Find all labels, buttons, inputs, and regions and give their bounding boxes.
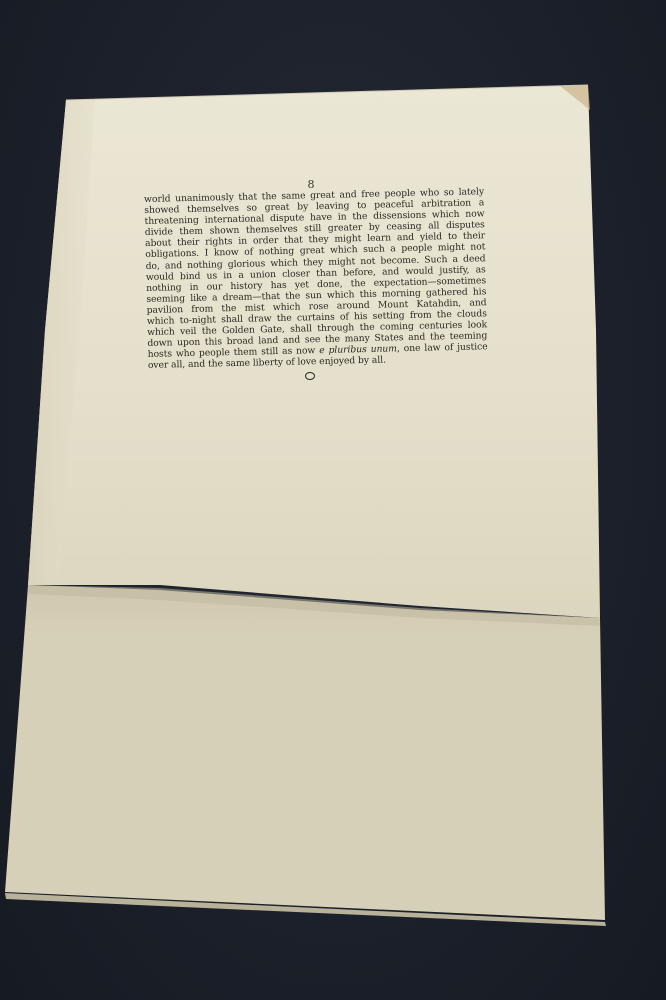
text-segment: , one law of justice [397,342,488,355]
body-text: world unanimously that the same great an… [144,186,488,371]
paper-sheet [0,0,666,1000]
paper-lower-panel [5,585,605,920]
punch-hole [305,372,315,380]
